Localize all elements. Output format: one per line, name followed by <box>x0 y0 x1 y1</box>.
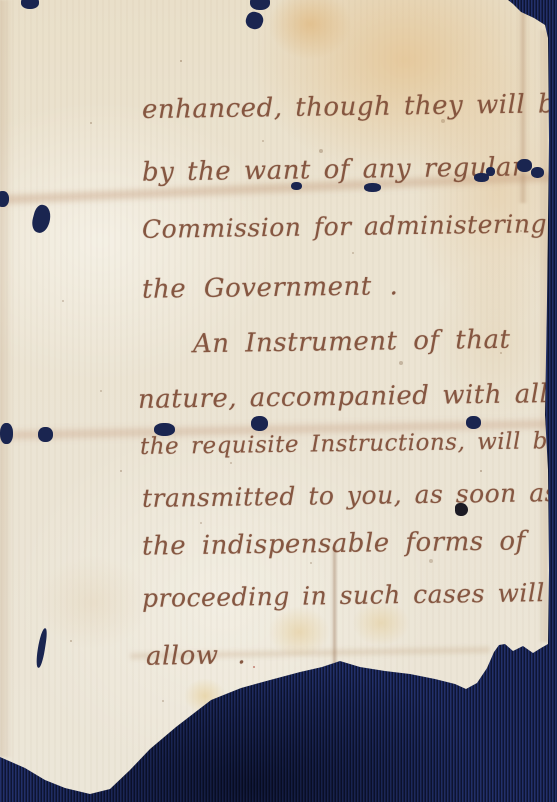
manuscript-line: the Government . <box>142 271 399 305</box>
paper-hole <box>517 159 532 172</box>
manuscript-line: nature, accompanied with all <box>138 379 549 415</box>
manuscript-line: the indispensable forms of <box>142 526 526 561</box>
ink-blot <box>455 503 468 516</box>
paper-hole <box>466 416 481 429</box>
manuscript-line: Commission for administering <box>142 209 547 244</box>
manuscript-line: An Instrument of that <box>193 325 511 359</box>
manuscript-line: allow . <box>146 640 246 671</box>
manuscript-line: enhanced, though they will be- <box>142 89 557 125</box>
paper-hole <box>0 423 13 444</box>
paper-hole <box>486 167 495 176</box>
paper-hole <box>531 167 544 178</box>
manuscript-line: by the want of any regular <box>142 152 525 187</box>
scanned-letter-page: enhanced, though they will be- by the wa… <box>0 0 557 802</box>
foxing-specks <box>0 0 2 2</box>
paper-hole <box>364 183 381 192</box>
paper-hole <box>251 416 268 431</box>
paper-hole <box>154 423 175 436</box>
paper-hole <box>291 182 302 190</box>
manuscript-line: proceeding in such cases will <box>142 578 545 613</box>
manuscript-line: transmitted to you, as soon as <box>142 478 557 513</box>
paper-hole <box>38 427 53 442</box>
